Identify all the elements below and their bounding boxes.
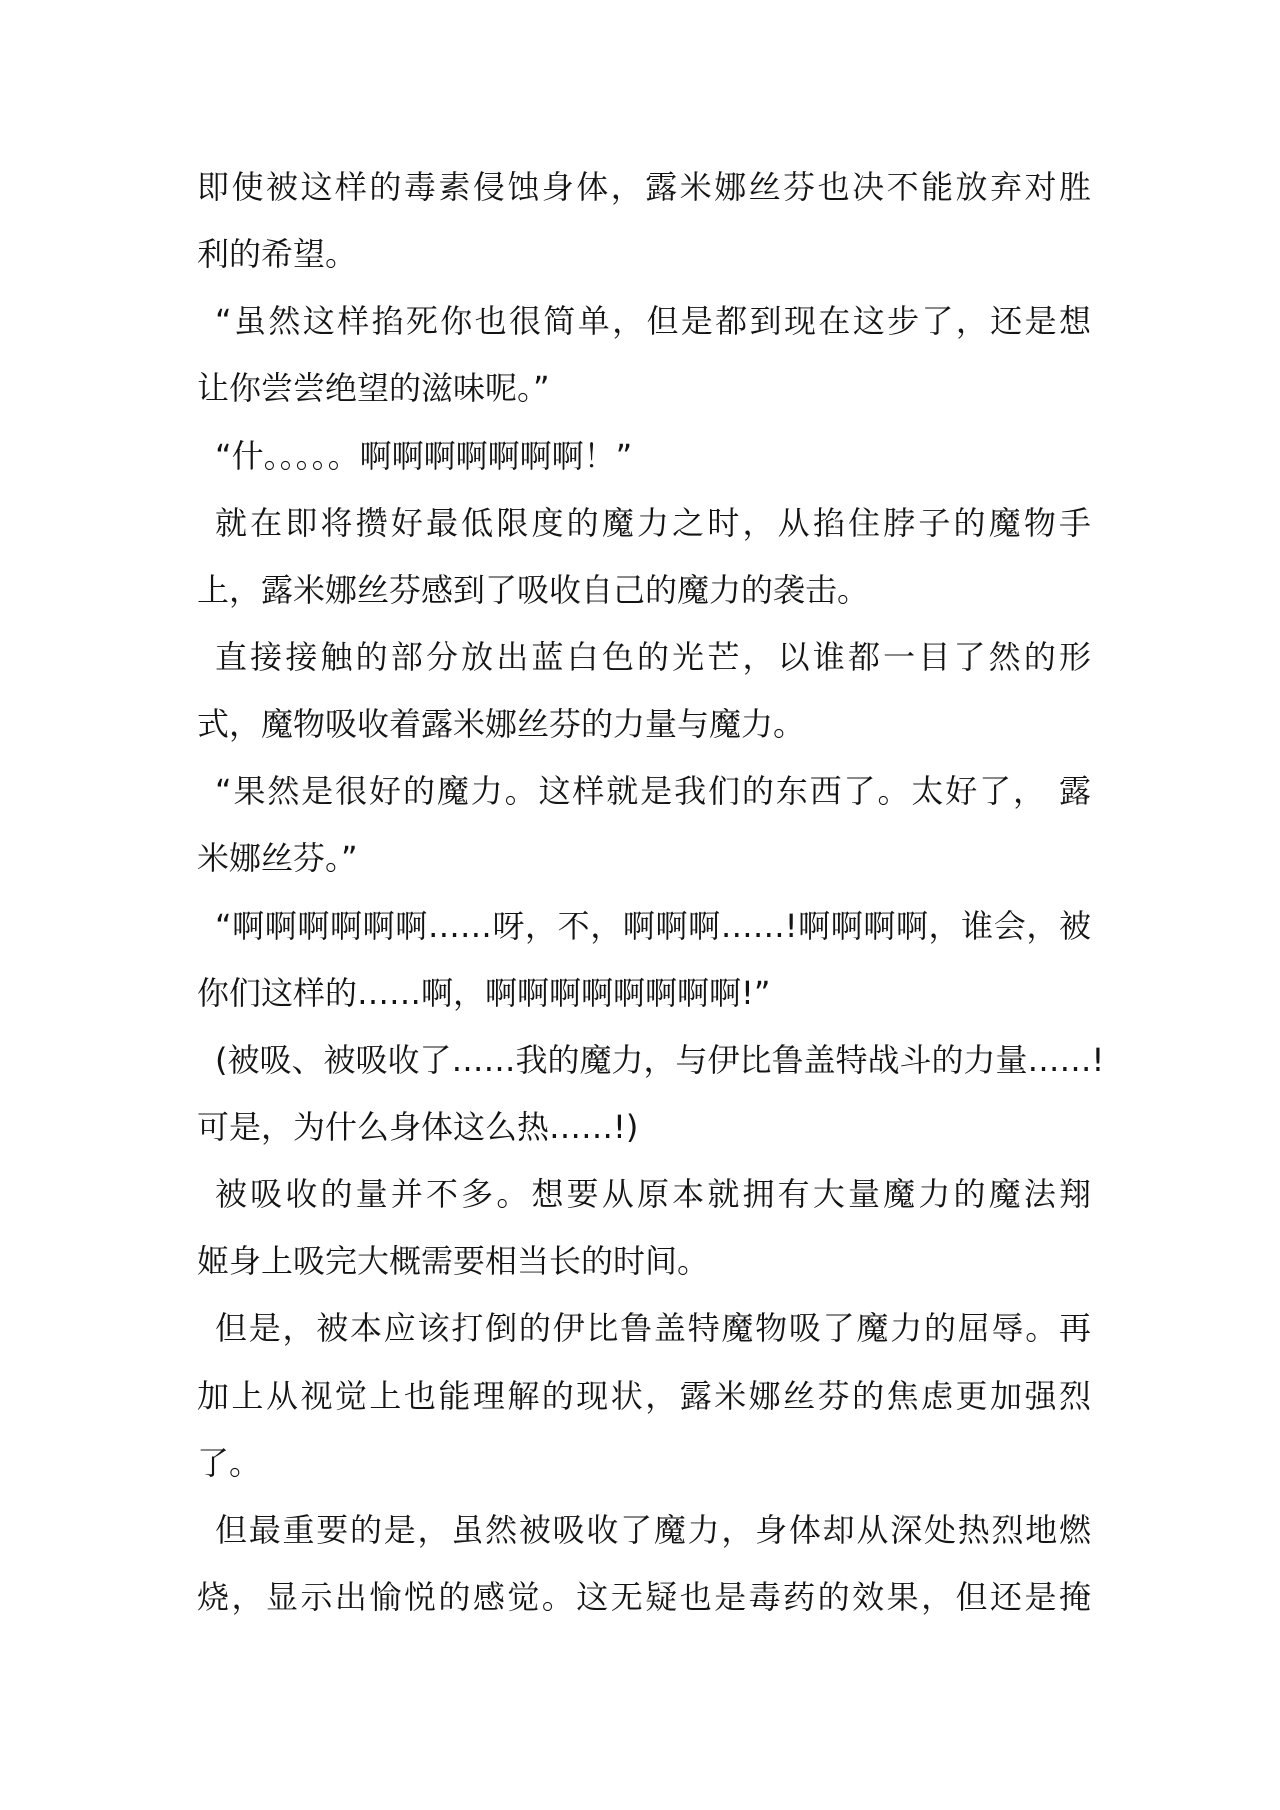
text-line: (被吸、被吸收了……我的魔力，与伊比鲁盖特战斗的力量……! [215, 1040, 1091, 1080]
text-line: 利的希望。 [197, 234, 1091, 274]
text-line: 你们这样的……啊，啊啊啊啊啊啊啊啊!” [197, 973, 1091, 1013]
text-line: 加上从视觉上也能理解的现状，露米娜丝芬的焦虑更加强烈 [197, 1376, 1091, 1416]
text-line: 让你尝尝绝望的滋味呢。” [197, 368, 1091, 408]
document-page: 即使被这样的毒素侵蚀身体，露米娜丝芬也决不能放弃对胜 利的希望。 “虽然这样掐死… [0, 0, 1280, 1810]
text-line: 上，露米娜丝芬感到了吸收自己的魔力的袭击。 [197, 570, 1091, 610]
text-line: “虽然这样掐死你也很简单，但是都到现在这步了，还是想 [215, 301, 1091, 341]
text-line: 即使被这样的毒素侵蚀身体，露米娜丝芬也决不能放弃对胜 [197, 167, 1091, 207]
text-line: 烧，显示出愉悦的感觉。这无疑也是毒药的效果，但还是掩 [197, 1577, 1091, 1617]
text-line: 米娜丝芬。” [197, 838, 1091, 878]
text-line: 但是，被本应该打倒的伊比鲁盖特魔物吸了魔力的屈辱。再 [215, 1308, 1091, 1348]
text-line: “啊啊啊啊啊啊……呀，不，啊啊啊……!啊啊啊啊，谁会，被 [215, 906, 1091, 946]
text-line: 可是，为什么身体这么热……!) [197, 1107, 1091, 1147]
text-line: 了。 [197, 1443, 1091, 1483]
text-line: “什。。。。。啊啊啊啊啊啊啊！” [215, 436, 1091, 476]
text-line: “果然是很好的魔力。这样就是我们的东西了。太好了， 露 [215, 771, 1091, 811]
text-line: 被吸收的量并不多。想要从原本就拥有大量魔力的魔法翔 [215, 1174, 1091, 1214]
text-line: 式，魔物吸收着露米娜丝芬的力量与魔力。 [197, 704, 1091, 744]
text-line: 但最重要的是，虽然被吸收了魔力，身体却从深处热烈地燃 [215, 1510, 1091, 1550]
text-line: 姬身上吸完大概需要相当长的时间。 [197, 1241, 1091, 1281]
text-line: 就在即将攒好最低限度的魔力之时，从掐住脖子的魔物手 [215, 503, 1091, 543]
text-line: 直接接触的部分放出蓝白色的光芒，以谁都一目了然的形 [215, 637, 1091, 677]
